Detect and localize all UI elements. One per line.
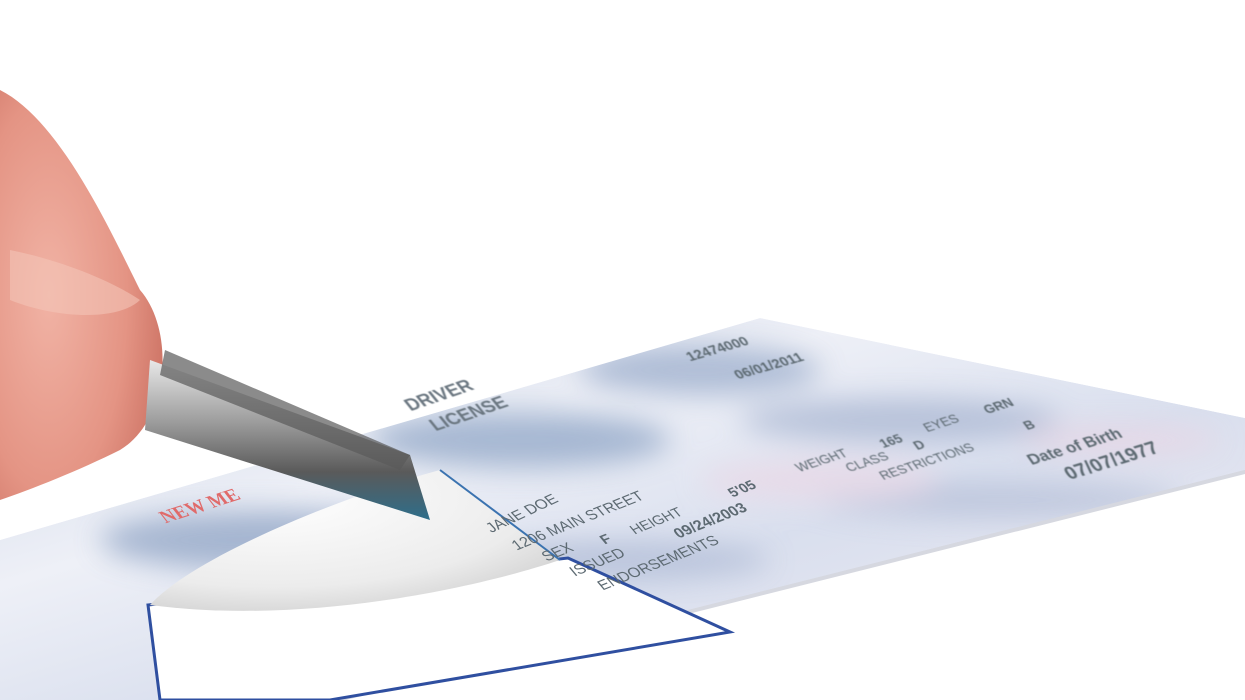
scene: DRIVER LICENSE NEW ME 12474000 06/01/201… — [0, 0, 1245, 700]
id-card — [0, 0, 1245, 700]
